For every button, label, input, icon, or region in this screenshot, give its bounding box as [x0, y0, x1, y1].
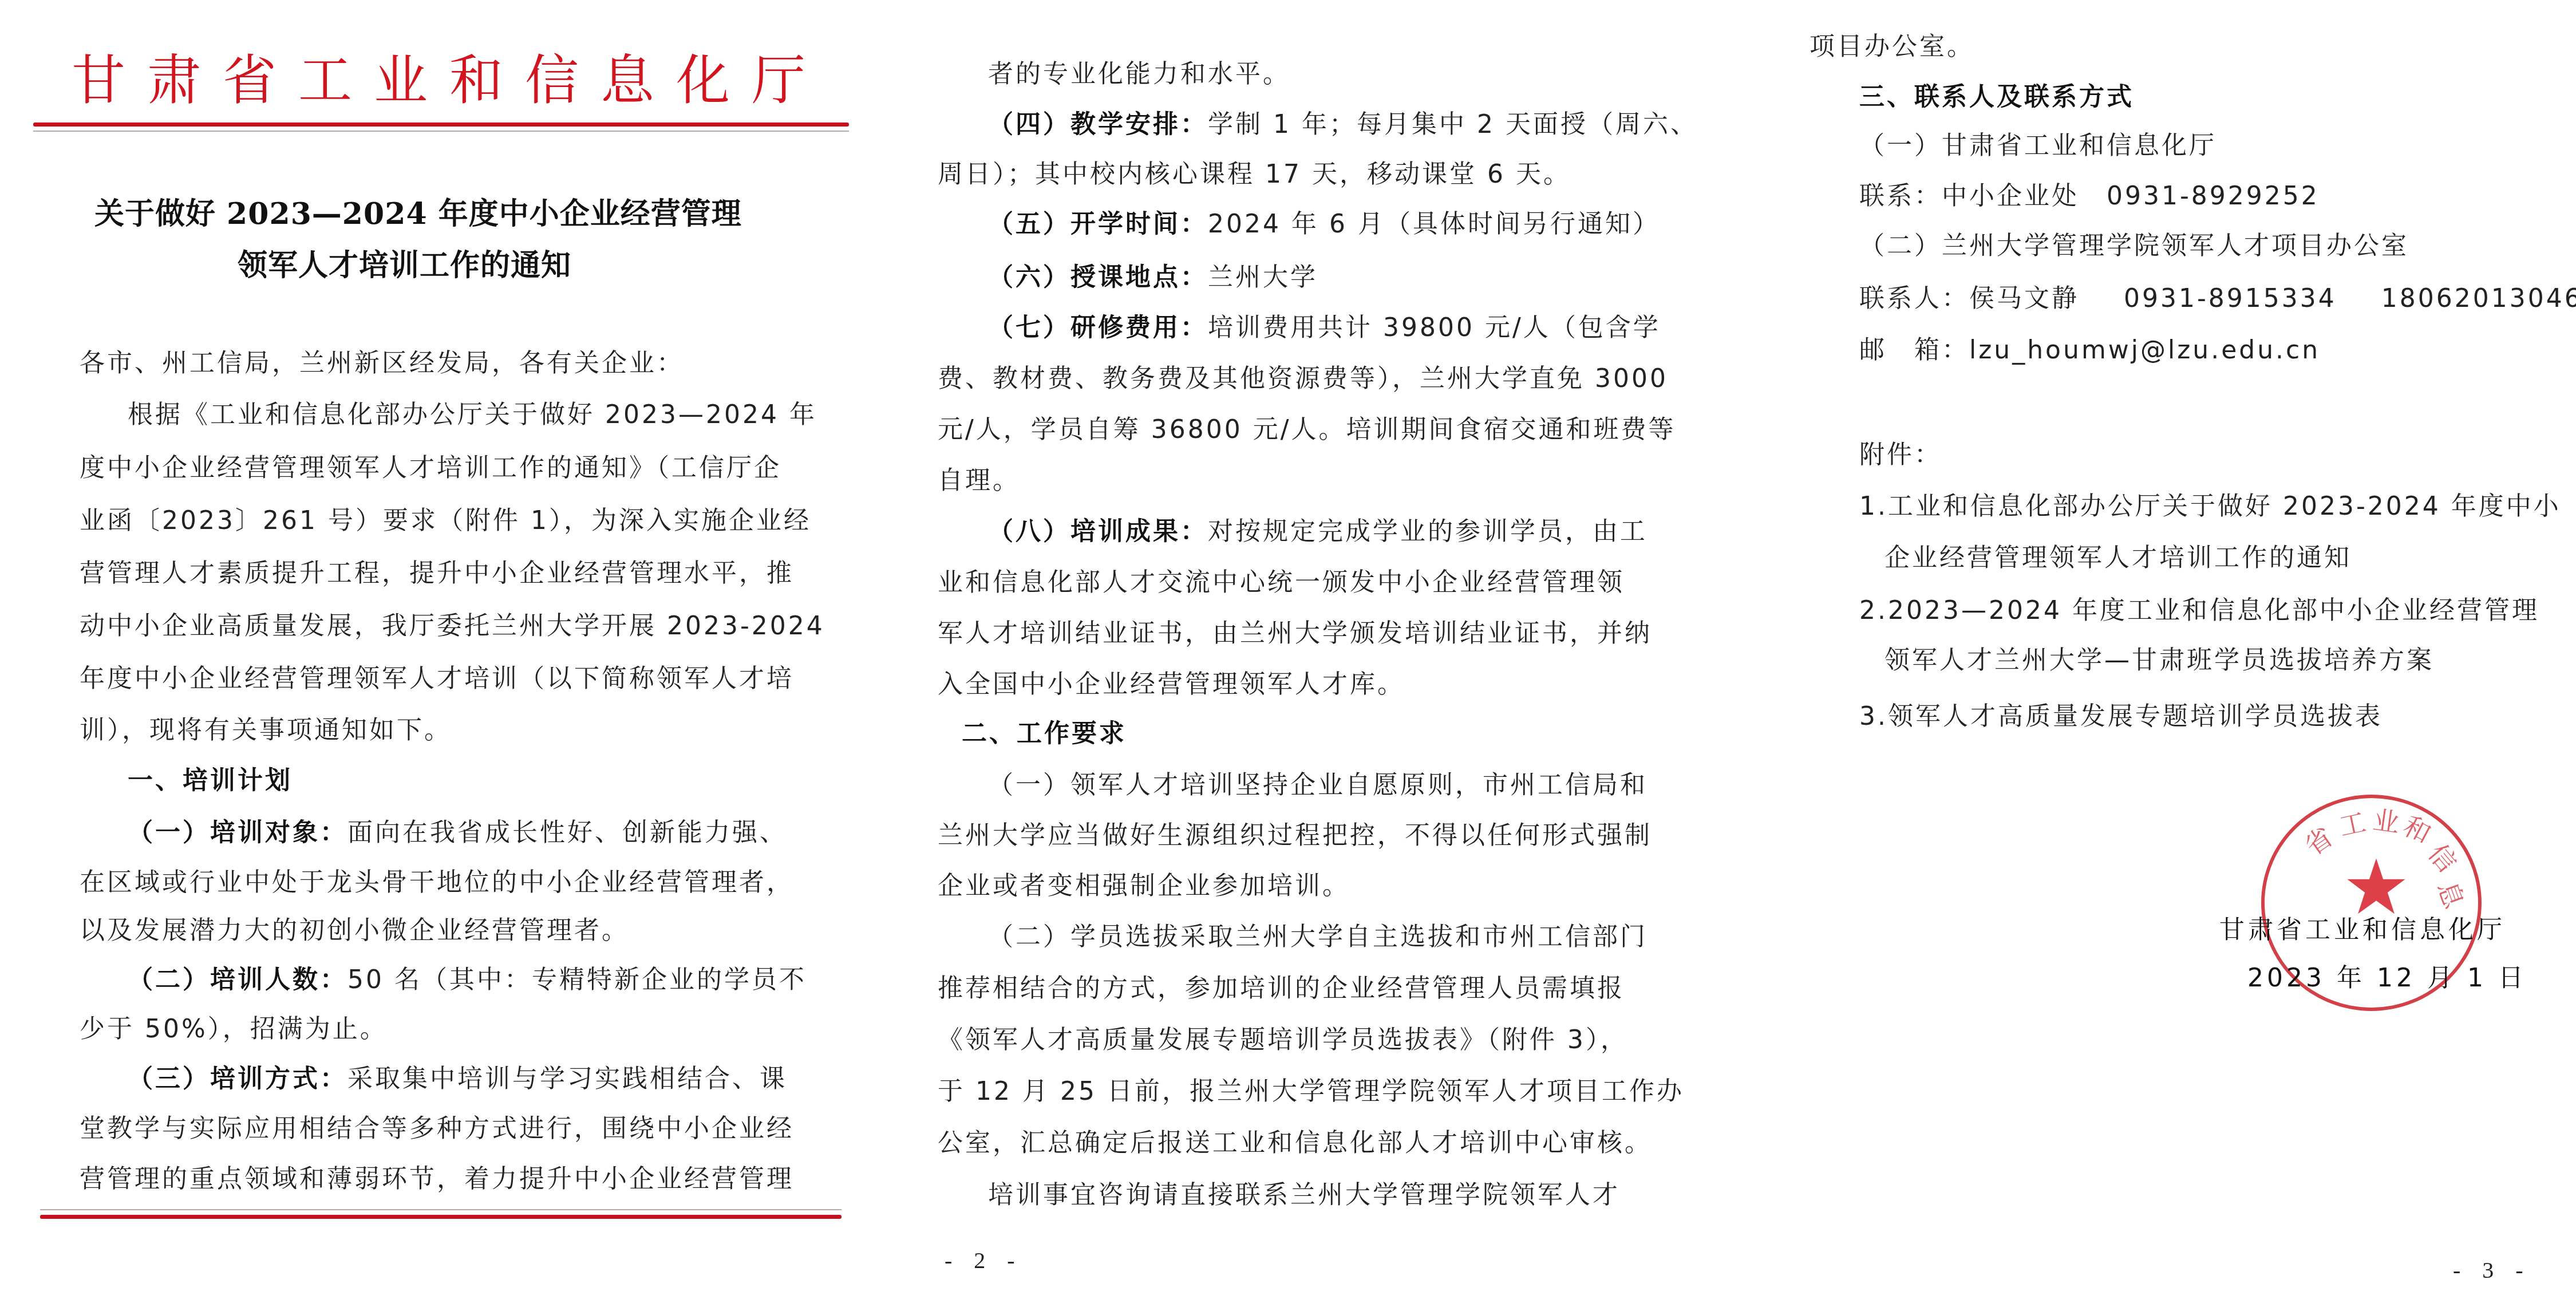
seal-text-char: 业 — [2371, 799, 2403, 840]
seal-text-char: 省 — [2296, 817, 2340, 863]
attachment-number: 3. — [1859, 702, 1888, 731]
item-4-text: 学制 1 年；每月集中 2 天面授（周六、 — [1208, 110, 1698, 139]
salutation: 各市、州工信局，兰州新区经发局，各有关企业： — [80, 346, 684, 381]
item-8: （八）培训成果：对按规定完成学业的参训学员，由工 — [988, 515, 1647, 549]
attachment-number: 1. — [1859, 492, 1888, 521]
section-heading-3: 三、联系人及联系方式 — [1859, 80, 2134, 114]
body-line: 根据《工业和信息化部办公厅关于做好 2023—2024 年 — [128, 398, 817, 432]
contact-2-mobile: 18062013046 — [2381, 284, 2576, 313]
body-line: （一）领军人才培训坚持企业自愿原则，市州工信局和 — [988, 768, 1647, 803]
item-8-text: 对按规定完成学业的参训学员，由工 — [1208, 517, 1647, 546]
attachment-2-line2: 领军人才兰州大学—甘肃班学员选拔培养方案 — [1884, 643, 2434, 678]
item-3: （三）培训方式：采取集中培训与学习实践相结合、课 — [128, 1062, 787, 1096]
letterhead-grey-rule — [33, 131, 849, 132]
page-2: 者的专业化能力和水平。 （四）教学安排：学制 1 年；每月集中 2 天面授（周六… — [887, 0, 1746, 1303]
body-line: 训），现将有关事项通知如下。 — [80, 713, 452, 748]
body-line: 军人才培训结业证书，由兰州大学颁发培训结业证书，并纳 — [938, 617, 1652, 651]
body-line: 业和信息化部人才交流中心统一颁发中小企业经营管理领 — [938, 566, 1625, 600]
seal-text-char: 工 — [2336, 801, 2369, 844]
document-title-line1: 关于做好 2023—2024 年度中小企业经营管理 — [94, 196, 742, 232]
body-line: 培训事宜咨询请直接联系兰州大学管理学院领军人才 — [988, 1178, 1620, 1213]
contact-1-phone: 联系：中小企业处 0931-8929252 — [1859, 179, 2320, 214]
attachment-title: 2023—2024 年度工业和信息化部中小企业经营管理 — [1888, 596, 2539, 625]
email-address[interactable]: lzu_houmwj@lzu.edu.cn — [1969, 335, 2320, 365]
contact-2-person: 联系人：侯马文静 0931-8915334 18062013046 — [1859, 282, 2576, 316]
contact-2-name: 联系人：侯马文静 — [1859, 284, 2079, 313]
seal-text-char: 信 — [2421, 835, 2467, 879]
body-line: 以及发展潜力大的初创小微企业经营管理者。 — [80, 914, 629, 948]
body-line: 项目办公室。 — [1809, 30, 1974, 64]
attachment-title: 领军人才高质量发展专题培训学员选拔表 — [1888, 702, 2383, 731]
body-line: 营管理人才素质提升工程，提升中小企业经营管理水平，推 — [80, 556, 794, 591]
item-4: （四）教学安排：学制 1 年；每月集中 2 天面授（周六、 — [988, 108, 1698, 142]
attachment-2-line1: 2.2023—2024 年度工业和信息化部中小企业经营管理 — [1859, 594, 2539, 628]
item-7-text: 培训费用共计 39800 元/人（包含学 — [1208, 313, 1661, 342]
footer-grey-rule — [40, 1209, 841, 1210]
body-line: 少于 50%），招满为止。 — [80, 1012, 388, 1047]
item-2: （二）培训人数：50 名（其中：专精特新企业的学员不 — [128, 963, 807, 997]
footer-red-rule — [40, 1215, 841, 1219]
page-number: - 3 - — [2453, 1257, 2531, 1284]
item-5: （五）开学时间：2024 年 6 月（具体时间另行通知） — [988, 207, 1660, 242]
attachment-1-line1: 1.工业和信息化部办公厅关于做好 2023-2024 年度中小 — [1859, 489, 2561, 524]
body-line: 者的专业化能力和水平。 — [988, 57, 1290, 92]
attachments-label: 附件： — [1859, 438, 1942, 472]
item-6-text: 兰州大学 — [1208, 263, 1318, 292]
body-line: 业函〔2023〕261 号）要求（附件 1），为深入实施企业经 — [80, 504, 811, 538]
page-number: - 2 - — [945, 1247, 1023, 1274]
letterhead-title: 甘肃省工业和信息化厅 — [72, 53, 827, 110]
item-7: （七）研修费用：培训费用共计 39800 元/人（包含学 — [988, 311, 1661, 345]
body-line: 于 12 月 25 日前，报兰州大学管理学院领军人才项目工作办 — [938, 1075, 1684, 1109]
body-line: 堂教学与实际应用相结合等多种方式进行，围绕中小企业经 — [80, 1112, 794, 1146]
attachment-number: 2. — [1859, 596, 1888, 625]
item-2-text: 50 名（其中：专精特新企业的学员不 — [347, 965, 807, 994]
body-line: 元/人，学员自筹 36800 元/人。培训期间食宿交通和班费等 — [938, 413, 1676, 447]
contact-2-org: （二）兰州大学管理学院领军人才项目办公室 — [1859, 229, 2409, 263]
item-1-label: （一）培训对象： — [128, 818, 347, 847]
body-line: 《领军人才高质量发展专题培训学员选拔表》（附件 3）， — [938, 1023, 1628, 1057]
body-line: 在区域或行业中处于龙头骨干地位的中小企业经营管理者， — [80, 866, 794, 900]
body-line: 周日）；其中校内核心课程 17 天，移动课堂 6 天。 — [938, 157, 1571, 192]
item-1: （一）培训对象：面向在我省成长性好、创新能力强、 — [128, 816, 787, 850]
body-line: 营管理的重点领域和薄弱环节，着力提升中小企业经营管理 — [80, 1162, 794, 1197]
item-6: （六）授课地点：兰州大学 — [988, 260, 1318, 295]
signature-date: 2023 年 12 月 1 日 — [2247, 957, 2527, 994]
letterhead-red-rule — [33, 123, 849, 127]
item-8-label: （八）培训成果： — [988, 517, 1208, 546]
body-line: 自理。 — [938, 464, 1020, 498]
item-5-label: （五）开学时间： — [988, 210, 1208, 239]
item-3-label: （三）培训方式： — [128, 1064, 347, 1093]
seal-text-char: 和 — [2397, 806, 2439, 851]
section-heading-2: 二、工作要求 — [962, 717, 1127, 751]
item-5-text: 2024 年 6 月（具体时间另行通知） — [1208, 210, 1660, 239]
attachment-title: 工业和信息化部办公厅关于做好 2023-2024 年度中小 — [1888, 492, 2561, 521]
body-line: （二）学员选拔采取兰州大学自主选拔和市州工信部门 — [988, 920, 1647, 954]
item-7-label: （七）研修费用： — [988, 313, 1208, 342]
item-2-label: （二）培训人数： — [128, 965, 347, 994]
page-3: 项目办公室。 三、联系人及联系方式 （一）甘肃省工业和信息化厅 联系：中小企业处… — [1746, 0, 2576, 1303]
item-3-text: 采取集中培训与学习实践相结合、课 — [347, 1064, 787, 1093]
item-4-label: （四）教学安排： — [988, 110, 1208, 139]
attachment-3-line1: 3.领军人才高质量发展专题培训学员选拔表 — [1859, 700, 2383, 734]
body-line: 入全国中小企业经营管理领军人才库。 — [938, 668, 1405, 702]
document-title-line2: 领军人才培训工作的通知 — [238, 247, 571, 284]
body-line: 兰州大学应当做好生源组织过程把控，不得以任何形式强制 — [938, 819, 1652, 853]
body-line: 推荐相结合的方式，参加培训的企业经营管理人员需填报 — [938, 972, 1625, 1006]
body-line: 企业或者变相强制企业参加培训。 — [938, 869, 1350, 903]
contact-1-org: （一）甘肃省工业和信息化厅 — [1859, 129, 2217, 163]
email-line: 邮 箱：lzu_houmwj@lzu.edu.cn — [1859, 333, 2320, 368]
page-1: 甘肃省工业和信息化厅 关于做好 2023—2024 年度中小企业经营管理 领军人… — [0, 0, 887, 1303]
body-line: 费、教材费、教务费及其他资源费等），兰州大学直免 3000 — [938, 362, 1668, 396]
contact-2-phone: 0931-8915334 — [2124, 284, 2337, 313]
section-heading-1: 一、培训计划 — [128, 764, 293, 798]
body-line: 公室，汇总确定后报送工业和信息化部人才培训中心审核。 — [938, 1126, 1652, 1160]
body-line: 年度中小企业经营管理领军人才培训（以下简称领军人才培 — [80, 662, 794, 696]
body-line: 度中小企业经营管理领军人才培训工作的通知》（工信厅企 — [80, 451, 781, 485]
body-line: 动中小企业高质量发展，我厅委托兰州大学开展 2023-2024 — [80, 609, 825, 643]
email-label: 邮 箱： — [1859, 335, 1969, 365]
attachment-1-line2: 企业经营管理领军人才培训工作的通知 — [1884, 541, 2352, 575]
item-6-label: （六）授课地点： — [988, 263, 1208, 292]
signature-org: 甘肃省工业和信息化厅 — [2219, 909, 2506, 946]
item-1-text: 面向在我省成长性好、创新能力强、 — [347, 818, 787, 847]
seal-text-char: 息 — [2430, 875, 2475, 913]
